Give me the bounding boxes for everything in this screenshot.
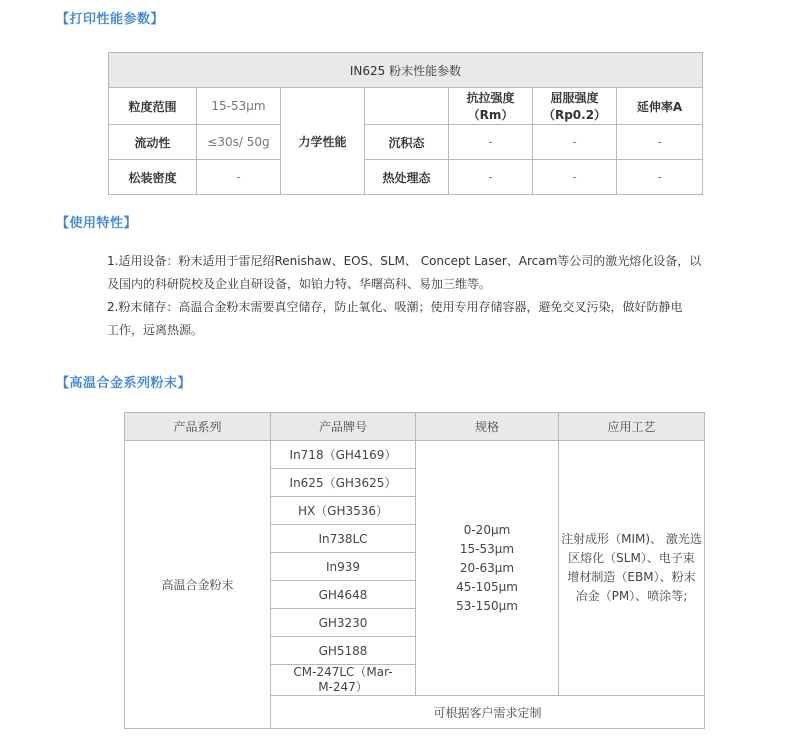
heat-treated-elongation: - [617,160,703,195]
table-caption: IN625 粉末性能参数 [109,53,703,88]
spec-item: 0-20μm [416,521,558,540]
as-deposited-yield: - [533,125,617,160]
section-title-superalloy: 【高温合金系列粉末】 [56,372,191,391]
as-deposited-tensile: - [449,125,533,160]
grade-cell: In939 [271,553,416,581]
spec-item: 20-63μm [416,559,558,578]
in625-performance-table: IN625 粉末性能参数 粒度范围 15-53μm 力学性能 抗拉强度 （Rm）… [108,52,703,195]
usage-line-3: 2.粉末储存：高温合金粉末需要真空储存，防止氧化、吸潮；使用专用存储容器，避免交… [107,296,707,319]
grade-cell-cm247lc: CM-247LC（Mar- M-247） [271,665,416,696]
grade-cell: In738LC [271,525,416,553]
spec-item: 53-150μm [416,597,558,616]
as-deposited-elongation: - [617,125,703,160]
row-label-apparent-density: 松装密度 [109,160,197,195]
tensile-header-line1: 抗拉强度 [449,89,532,106]
usage-line-4: 工作，远离热源。 [107,319,707,342]
application-line: 区熔化（SLM）、电子束 [560,549,703,568]
usage-line-1: 1.适用设备：粉末适用于雷尼绍Renishaw、EOS、SLM、 Concept… [107,250,707,273]
usage-line-2: 及国内的科研院校及企业自研设备，如铂力特、华曙高科、易加三维等。 [107,273,707,296]
heat-treated-tensile: - [449,160,533,195]
apparent-density-value: - [197,160,281,195]
grade-cell: GH4648 [271,581,416,609]
grade-cell: In718（GH4169） [271,441,416,469]
grade-cell: In625（GH3625） [271,469,416,497]
tensile-strength-header: 抗拉强度 （Rm） [449,88,533,125]
header-product-grade: 产品牌号 [271,413,416,441]
header-product-series: 产品系列 [125,413,271,441]
mechanical-properties-label: 力学性能 [281,88,365,195]
row-label-flowability: 流动性 [109,125,197,160]
application-line: 增材制造（EBM）、粉末 [560,568,703,587]
mech-header-empty [365,88,449,125]
spec-item: 15-53μm [416,540,558,559]
grade-line: M-247） [271,680,415,695]
header-application: 应用工艺 [559,413,705,441]
row-label-particle-size: 粒度范围 [109,88,197,125]
yield-header-line2: （Rp0.2） [533,106,616,123]
application-line: 冶金（PM）、喷涂等; [560,587,703,606]
tensile-header-line2: （Rm） [449,106,532,123]
heat-treated-yield: - [533,160,617,195]
state-as-deposited: 沉积态 [365,125,449,160]
grade-cell: GH5188 [271,637,416,665]
application-cell: 注射成形（MIM)、 激光选 区熔化（SLM）、电子束 增材制造（EBM）、粉末… [559,441,705,696]
header-specification: 规格 [416,413,559,441]
application-line: 注射成形（MIM)、 激光选 [560,530,703,549]
yield-strength-header: 屈服强度 （Rp0.2） [533,88,617,125]
state-heat-treated: 热处理态 [365,160,449,195]
spec-item: 45-105μm [416,578,558,597]
grade-cell: HX（GH3536） [271,497,416,525]
grade-cell: GH3230 [271,609,416,637]
yield-header-line1: 屈服强度 [533,89,616,106]
customization-note: 可根据客户需求定制 [271,696,705,729]
usage-paragraphs: 1.适用设备：粉末适用于雷尼绍Renishaw、EOS、SLM、 Concept… [107,250,707,342]
section-title-print-performance: 【打印性能参数】 [56,8,164,27]
superalloy-powder-table: 产品系列 产品牌号 规格 应用工艺 高温合金粉末 In718（GH4169） 0… [124,412,705,729]
flowability-value: ≤30s/ 50g [197,125,281,160]
product-series-cell: 高温合金粉末 [125,441,271,729]
particle-size-value: 15-53μm [197,88,281,125]
specification-cell: 0-20μm 15-53μm 20-63μm 45-105μm 53-150μm [416,441,559,696]
elongation-header: 延伸率A [617,88,703,125]
section-title-usage: 【使用特性】 [56,212,137,231]
grade-line: CM-247LC（Mar- [271,665,415,680]
